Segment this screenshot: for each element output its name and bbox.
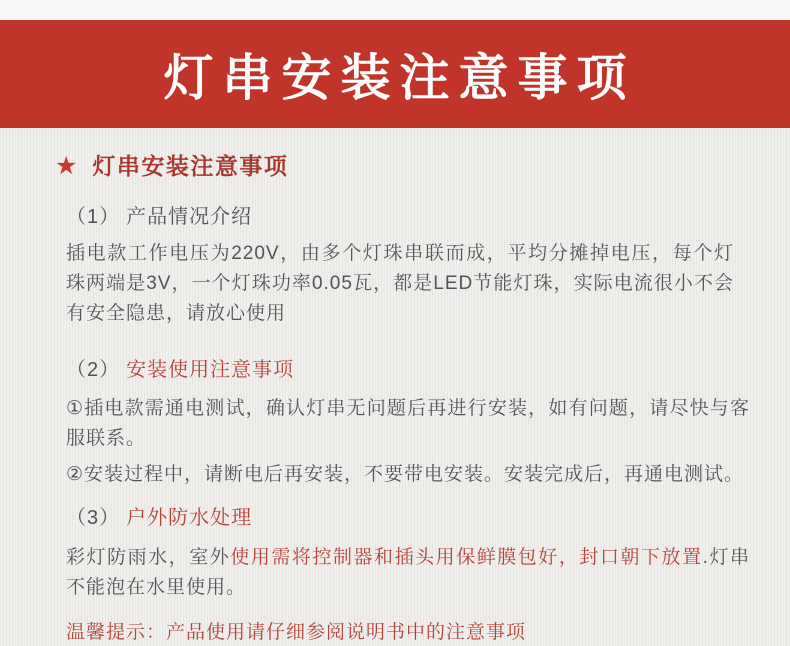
warm-tip: 温馨提示：产品使用请仔细参阅说明书中的注意事项 [66,619,750,646]
section-3-text-gray-1: 彩灯防雨水，室外 [66,547,230,568]
title-banner: 灯串安装注意事项 [0,20,790,128]
poster-body: ★ 灯串安装注意事项 （1）产品情况介绍 插电款工作电压为220V，由多个灯珠串… [0,151,790,646]
section-2-item-1: ①插电款需通电测试，确认灯串无问题后再进行安装，如有问题，请尽快与客服联系。 [66,394,750,454]
section-3-paragraph: 彩灯防雨水，室外使用需将控制器和插头用保鲜膜包好，封口朝下放置.灯串不能泡在水里… [66,543,750,603]
section-3-number: （3） [66,507,120,529]
section-2-title: （2）安装使用注意事项 [66,356,750,384]
section-3-title-text: 户外防水处理 [126,507,252,529]
section-heading: ★ 灯串安装注意事项 [55,151,750,181]
instruction-poster: 灯串安装注意事项 ★ 灯串安装注意事项 （1）产品情况介绍 插电款工作电压为22… [0,0,790,646]
section-1-title-text: 产品情况介绍 [126,206,252,228]
section-heading-label: 灯串安装注意事项 [92,151,288,181]
section-1-number: （1） [66,206,120,228]
section-3-text-red: 使用需将控制器和插头用保鲜膜包好，封口朝下放置 [230,547,702,568]
section-3-title: （3）户外防水处理 [66,504,750,532]
section-2-number: （2） [66,359,120,381]
section-1-title: （1）产品情况介绍 [66,203,750,231]
section-2-items: ①插电款需通电测试，确认灯串无问题后再进行安装，如有问题，请尽快与客服联系。 ②… [66,394,750,490]
section-2-title-text: 安装使用注意事项 [126,359,294,381]
top-margin-strip [0,0,790,20]
banner-title: 灯串安装注意事项 [155,38,636,110]
star-icon: ★ [55,151,77,181]
section-2-item-2: ②安装过程中，请断电后再安装，不要带电安装。安装完成后，再通电测试。 [66,460,750,490]
section-1-paragraph: 插电款工作电压为220V，由多个灯珠串联而成，平均分摊掉电压，每个灯珠两端是3V… [66,239,734,329]
